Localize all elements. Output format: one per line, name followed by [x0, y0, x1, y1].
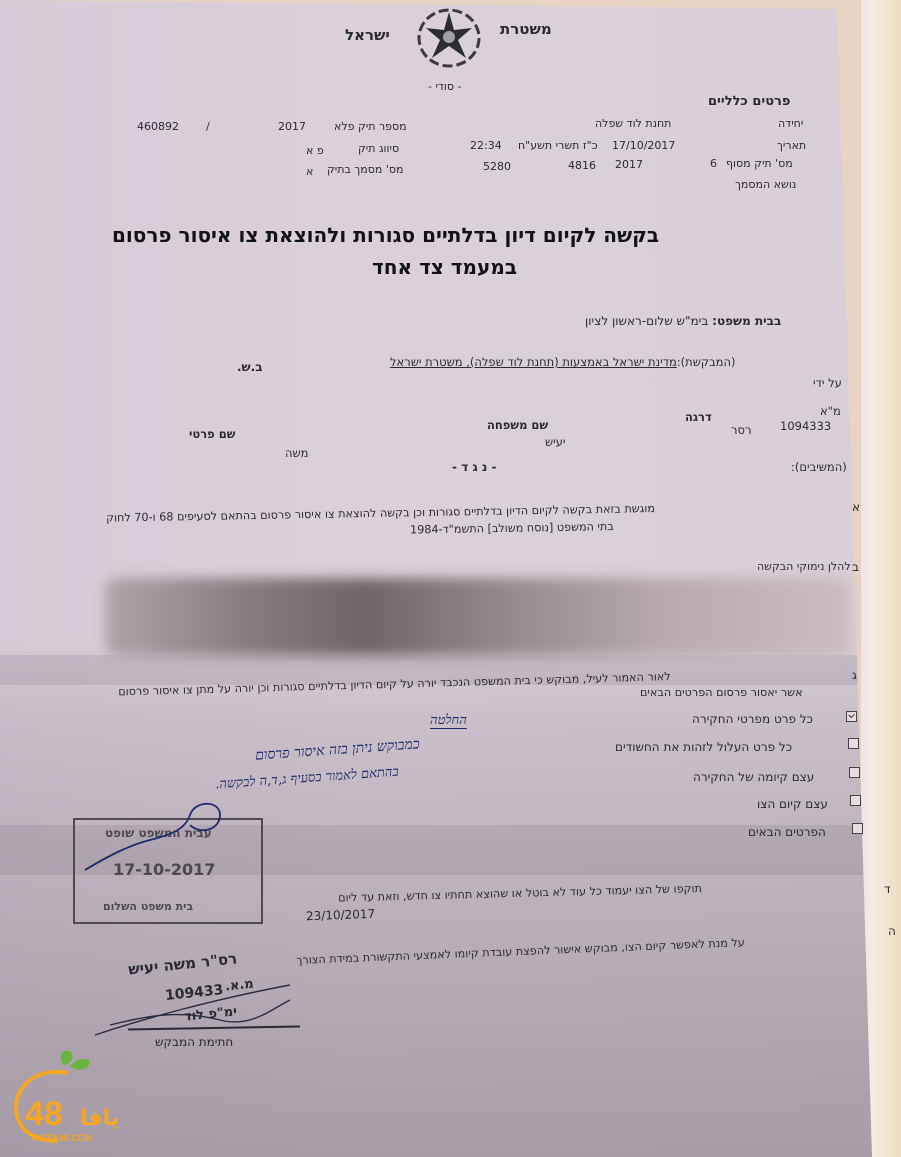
- requester-value: מדינת ישראל באמצעות (תחנת לוד שפלה), משט…: [390, 355, 677, 369]
- court-value: בימ"ש שלום-ראשון לציון: [585, 314, 708, 328]
- time-value: 22:34: [470, 139, 502, 152]
- doc-number-label: מס' מסמך בתיק: [327, 163, 403, 176]
- col-header-rank: דרגה: [685, 410, 712, 424]
- ref-file-label: מס' תיק מסוף: [726, 157, 793, 170]
- hebrew-date: כ"ז תשרי תשע"ח: [518, 139, 598, 152]
- officer-last-name: יעיש: [545, 435, 566, 449]
- by-label: על ידי: [813, 376, 842, 390]
- judge-signature-icon: [80, 795, 230, 875]
- classification-label: - סודי -: [428, 80, 462, 93]
- officer-id: 1094333: [780, 419, 831, 433]
- ref-file-part-2: 2017: [615, 158, 643, 171]
- general-details-heading: פרטים כלליים: [708, 94, 790, 109]
- file-class-value: פ א: [306, 144, 324, 157]
- checklist-item-5: הפרטים הבאים: [748, 825, 826, 839]
- header-org-left: ישראל: [345, 26, 390, 44]
- svg-text:48: 48: [25, 1095, 63, 1133]
- pla-separator: /: [206, 120, 210, 133]
- section-c-marker: ג: [852, 668, 857, 682]
- requester-line: (המבקשת):מדינת ישראל באמצעות (תחנת לוד ש…: [390, 355, 735, 369]
- respondents-label: (המשיבים):: [791, 460, 847, 474]
- section-d-date: 23/10/2017: [306, 907, 376, 923]
- requester-label: (המבקשת):: [677, 355, 736, 369]
- pla-file-number: 460892: [137, 120, 179, 133]
- doc-number-value: א: [306, 165, 313, 178]
- unit-label: יחידה: [778, 117, 803, 130]
- document-title-line2: במעמד צד אחד: [372, 255, 517, 279]
- ref-file-part-4: 5280: [483, 160, 511, 173]
- stamp-bottom-text: בית משפט השלום: [103, 900, 193, 913]
- against-label: - נ ג ד -: [452, 460, 497, 474]
- svg-text:YAFFA48.COM: YAFFA48.COM: [30, 1133, 92, 1143]
- handwritten-decision-heading: החלטה: [430, 712, 467, 729]
- col-header-last-name: שם משפחה: [487, 418, 548, 432]
- col-header-first-name: שם פרטי: [189, 427, 235, 441]
- section-b-marker: ב: [852, 560, 859, 574]
- header-org-right: משטרת: [500, 20, 552, 38]
- court-line: בבית משפט: בימ"ש שלום-ראשון לציון: [585, 314, 781, 328]
- ref-file-part-1: 6: [710, 157, 717, 170]
- svg-text:يافا: يافا: [80, 1106, 119, 1131]
- checklist-item-1: כל פרט מפרטי החקירה: [692, 712, 813, 726]
- israel-police-emblem-icon: [410, 6, 488, 70]
- officer-first-name: משה: [285, 446, 308, 460]
- checkbox-following-details[interactable]: [852, 823, 863, 834]
- court-label: בבית משפט:: [712, 314, 781, 328]
- section-c-text-2: אשר יאסור פרסום הפרטים הבאים: [640, 686, 803, 699]
- section-e-marker: ה: [888, 924, 896, 938]
- subject-label: נושא המסמך: [735, 178, 796, 191]
- redacted-reasons-blur: [105, 578, 850, 656]
- checkbox-order-existence[interactable]: [850, 795, 861, 806]
- checklist-item-3: עצם קיומה של החקירה: [693, 770, 814, 784]
- checkbox-investigation-details[interactable]: [846, 711, 857, 722]
- background-edge: [861, 0, 901, 1157]
- requester-signature-icon: [90, 980, 310, 1040]
- unit-value: תחנת לוד שפלה: [595, 117, 671, 130]
- checklist-item-2: כל פרט העלול לזהות את החשודים: [615, 740, 792, 754]
- pla-file-label: מספר תיק פלא: [334, 120, 407, 133]
- signature-caption: חתימת המבקש: [155, 1035, 233, 1049]
- col-header-id: מ"א: [820, 404, 841, 418]
- yaffa48-logo-icon: 48 يافا YAFFA48.COM: [8, 1045, 128, 1150]
- date-label: תאריך: [777, 139, 806, 152]
- section-b-text: להלן נימוקי הבקשה: [757, 560, 851, 573]
- checkbox-suspect-identity[interactable]: [848, 738, 859, 749]
- requester-initials: ב.ש.: [237, 360, 263, 374]
- date-value: 17/10/2017: [612, 139, 675, 152]
- officer-rank: רסר: [731, 423, 751, 437]
- checkbox-investigation-existence[interactable]: [849, 767, 860, 778]
- file-class-label: סיווג תיק: [358, 142, 399, 155]
- section-a-marker: א: [852, 500, 860, 514]
- document-title-line1: בקשה לקיום דיון בדלתיים סגורות ולהוצאת צ…: [112, 223, 659, 247]
- pla-file-year: 2017: [278, 120, 306, 133]
- ref-file-part-3: 4816: [568, 159, 596, 172]
- checklist-item-4: עצם קיום הצו: [757, 797, 828, 811]
- section-d-marker: ד: [884, 882, 891, 896]
